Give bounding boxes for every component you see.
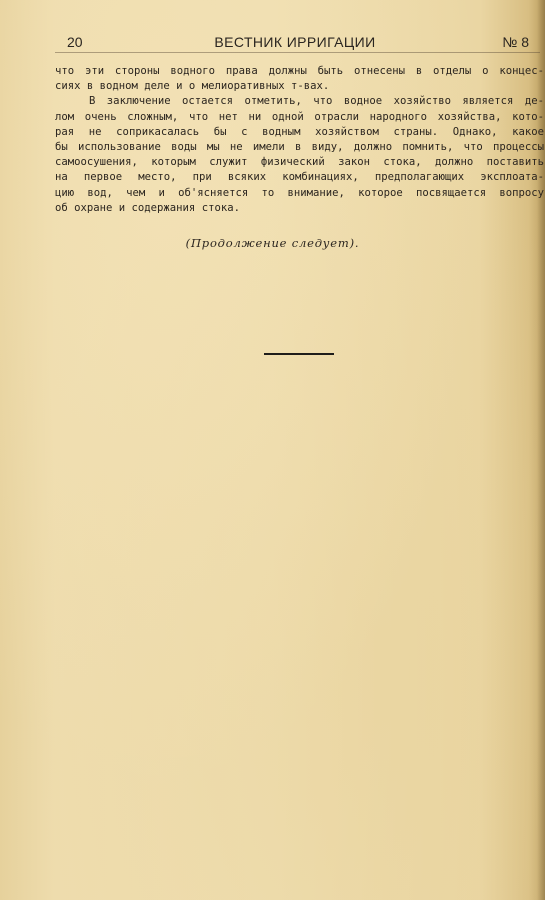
running-header: 20 ВЕСТНИК ИРРИГАЦИИ № 8 xyxy=(55,34,535,54)
text-line: цию вод, чем и об'ясняется то внимание, … xyxy=(55,186,544,201)
text-line: сиях в водном деле и о мелиоративных т-в… xyxy=(55,79,544,94)
text-line: лом очень сложным, что нет ни одной отра… xyxy=(55,110,544,125)
header-rule xyxy=(55,52,540,53)
text-line: об охране и содержания стока. xyxy=(55,201,544,216)
text-line: что эти стороны водного права должны быт… xyxy=(55,64,544,79)
issue-number: № 8 xyxy=(502,34,529,50)
continuation-note: (Продолжение следует). xyxy=(0,236,545,250)
text-line: рая не соприкасалась бы с водным хозяйст… xyxy=(55,125,544,140)
text-line: самоосушения, которым служит физический … xyxy=(55,155,544,170)
text-line: В заключение остается отметить, что водн… xyxy=(55,94,544,109)
paragraph: что эти стороны водного права должны быт… xyxy=(55,64,544,94)
text-line: на первое место, при всяких комбинациях,… xyxy=(55,170,544,185)
section-end-rule xyxy=(264,353,334,355)
journal-title: ВЕСТНИК ИРРИГАЦИИ xyxy=(55,34,535,50)
paragraph: В заключение остается отметить, что водн… xyxy=(55,94,544,216)
article-body: что эти стороны водного права должны быт… xyxy=(55,64,544,216)
text-line: бы использование воды мы не имели в виду… xyxy=(55,140,544,155)
